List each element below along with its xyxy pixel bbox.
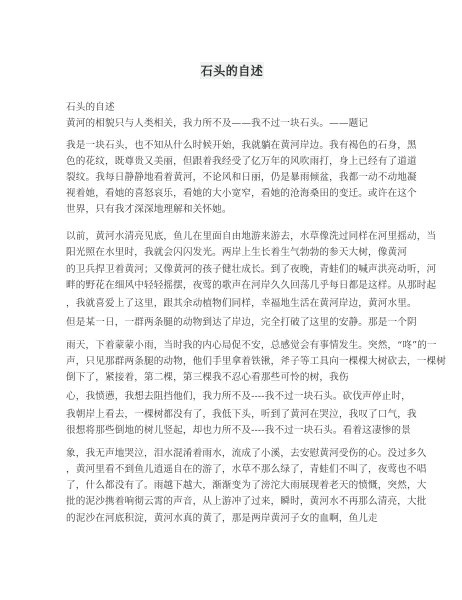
text-line: 我朝岸上看去，一棵树都没有了，我低下头，听到了黄河在哭泣，我叹了口气，我: [66, 409, 398, 421]
text-line: 倒下了，紧接着，第二棵，第三棵我不忍心看那些可怜的树，我伤: [66, 372, 349, 384]
text-line: 的泥沙在河底积淀，黄河水真的黄了，那是两岸黄河子女的血啊，鱼儿走: [66, 513, 378, 525]
text-line: 裂纹。我每日静静地看着黄河，不论风和日丽，仍是暴雨倾盆，我都一动不动地凝: [66, 172, 398, 184]
text-line: 色的花纹，既尊贵又美丽，但跟着我经受了亿万年的风吹雨打，身上已经有了道道: [66, 156, 398, 168]
text-line: 很想将那些倒地的树儿竖起，却也力所不及----我不过一块石头。看着这凄惨的景: [66, 425, 411, 437]
text-line: 我是一块石头，也不知从什么时候开始，我就躺在黄河岸边。我有褐色的石身，黑: [66, 140, 398, 152]
document-title: 石头的自述: [201, 62, 264, 79]
text-line: 阳光照在水里时，我就会闪闪发光。两岸上生长着生气勃勃的参天大树，像黄河: [66, 247, 407, 259]
text-line: 畔的野花在细风中轻轻摇摆，夜莺的歌声在河岸久久回荡几乎每日都是这样。从那时起: [66, 280, 398, 292]
epigraph: 黄河的相貌只与人类相关，我力所不及——我不过一块石头。——题记: [66, 118, 368, 130]
text-line: ，我就喜爱上了这里，跟其余动植物们同样，幸福地生活在黄河岸边，黄河水里。: [66, 298, 417, 310]
subtitle: 石头的自述: [66, 102, 115, 114]
text-line: 象，我无声地哭泣，泪水混淆着雨水，流成了小溪，去安慰黄河受伤的心。没过多久: [66, 448, 398, 460]
text-line: 的卫兵捍卫着黄河；又像黄河的孩子健壮成长。到了夜晚，青蛙们的喊声洪亮动听，河: [66, 264, 398, 276]
text-line: 雨天，下着蒙蒙小雨，当时我的内心局促不安，总感觉会有事情发生。突然，“咚”的一: [66, 340, 398, 352]
text-line: 但是某一日，一群两条腿的动物到达了岸边，完全打破了这里的安静。那是一个阴: [66, 317, 417, 329]
text-line: ，黄河里看不到鱼儿逍遥自在的游了，水草不那么绿了，青蛙们不叫了，夜莺也不唱: [66, 464, 398, 476]
title-box: 石头的自述: [200, 62, 264, 79]
text-line: 心，我愤懑，我想去阻挡他们，我力所不及----我不过一块石头。砍伐声停止时，: [66, 391, 411, 403]
text-line: 以前，黄河水清亮见底，鱼儿在里面自由地游来游去，水草像洗过同样在河里摇动，当: [66, 231, 398, 243]
text-line: 声，只见那群两条腿的动物，他们手里拿着铁锹，斧子等工具向一棵棵大树砍去，一棵树: [66, 356, 398, 368]
text-line: 世界，只有我才深深地理解和关怀她。: [66, 204, 232, 216]
document-page: 石头的自述 石头的自述 黄河的相貌只与人类相关，我力所不及——我不过一块石头。—…: [0, 0, 462, 600]
text-line: 视着她，看她的喜怒哀乐，看她的大小宽窄，看她的沧海桑田的变迁。或许在这个: [66, 188, 398, 200]
text-line: 批的泥沙携着响彻云霄的声音，从上游冲了过来，瞬时，黄河水不再那么清亮，大批: [66, 496, 398, 508]
text-line: 了，什么都没有了。雨越下越大，渐渐变为了滂沱大雨展现着老天的愤慨，突然，大: [66, 480, 398, 492]
